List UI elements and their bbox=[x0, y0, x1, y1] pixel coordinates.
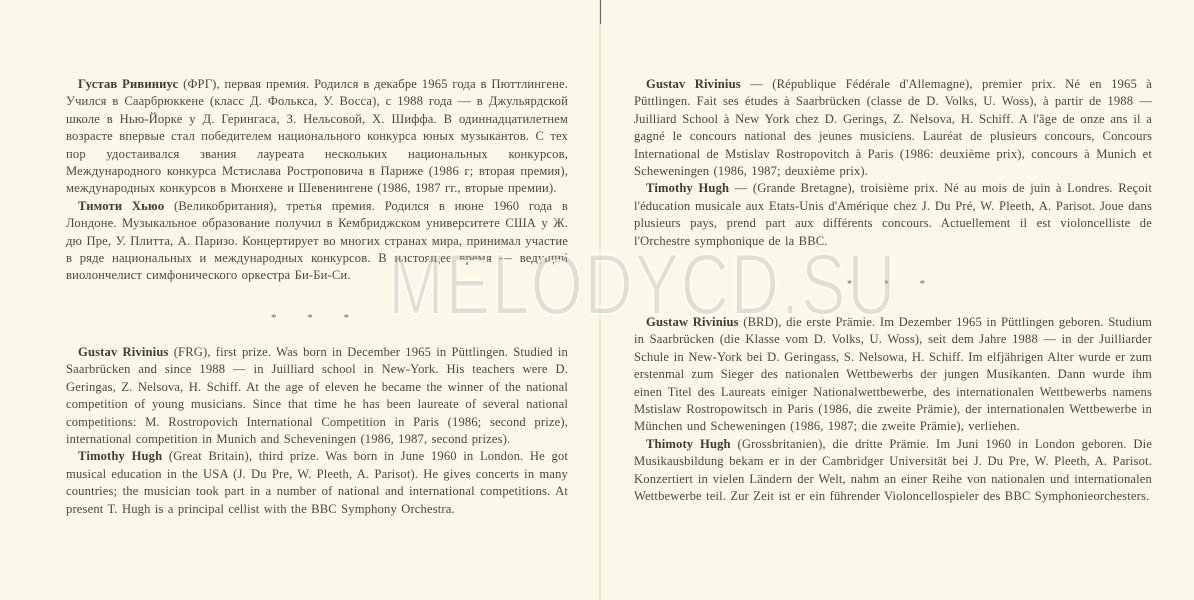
bio-name: Timothy Hugh bbox=[646, 181, 729, 195]
bio-name: Тимоти Хьюо bbox=[78, 199, 164, 213]
bio-paragraph: Густав Ривиниус (ФРГ), первая премия. Ро… bbox=[66, 76, 568, 198]
german-section: Gustaw Rivinius (BRD), die erste Prämie.… bbox=[634, 314, 1152, 505]
bio-text: — (République Fédérale d'Allemagne), pre… bbox=[634, 77, 1152, 178]
bio-paragraph: Тимоти Хьюо (Великобритания), третья пре… bbox=[66, 198, 568, 285]
fold-mark bbox=[600, 0, 601, 24]
bio-paragraph: Gustav Rivinius — (République Fédérale d… bbox=[634, 76, 1152, 180]
bio-name: Gustav Rivinius bbox=[78, 345, 169, 359]
bio-text: (BRD), die erste Prämie. Im Dezember 196… bbox=[634, 315, 1152, 433]
bio-paragraph: Timothy Hugh (Great Britain), third priz… bbox=[66, 448, 568, 518]
left-page: Густав Ривиниус (ФРГ), первая премия. Ро… bbox=[66, 0, 568, 600]
section-separator: * * * bbox=[66, 312, 568, 324]
bio-name: Gustaw Rivinius bbox=[646, 315, 739, 329]
bio-name: Thimoty Hugh bbox=[646, 437, 731, 451]
bio-text: (ФРГ), первая премия. Родился в декабре … bbox=[66, 77, 568, 195]
right-page: Gustav Rivinius — (République Fédérale d… bbox=[634, 0, 1152, 600]
bio-name: Густав Ривиниус bbox=[78, 77, 178, 91]
bio-paragraph: Gustav Rivinius (FRG), first prize. Was … bbox=[66, 344, 568, 448]
bio-paragraph: Timothy Hugh — (Grande Bretagne), troisi… bbox=[634, 180, 1152, 250]
bio-name: Gustav Rivinius bbox=[646, 77, 741, 91]
bio-name: Timothy Hugh bbox=[78, 449, 162, 463]
russian-section: Густав Ривиниус (ФРГ), первая премия. Ро… bbox=[66, 76, 568, 285]
bio-paragraph: Thimoty Hugh (Grossbritanien), die dritt… bbox=[634, 436, 1152, 506]
english-section: Gustav Rivinius (FRG), first prize. Was … bbox=[66, 344, 568, 518]
bio-text: (FRG), first prize. Was born in December… bbox=[66, 345, 568, 446]
french-section: Gustav Rivinius — (République Fédérale d… bbox=[634, 76, 1152, 250]
section-separator: * * * bbox=[634, 278, 1152, 290]
bio-paragraph: Gustaw Rivinius (BRD), die erste Prämie.… bbox=[634, 314, 1152, 436]
page-fold bbox=[599, 0, 601, 600]
